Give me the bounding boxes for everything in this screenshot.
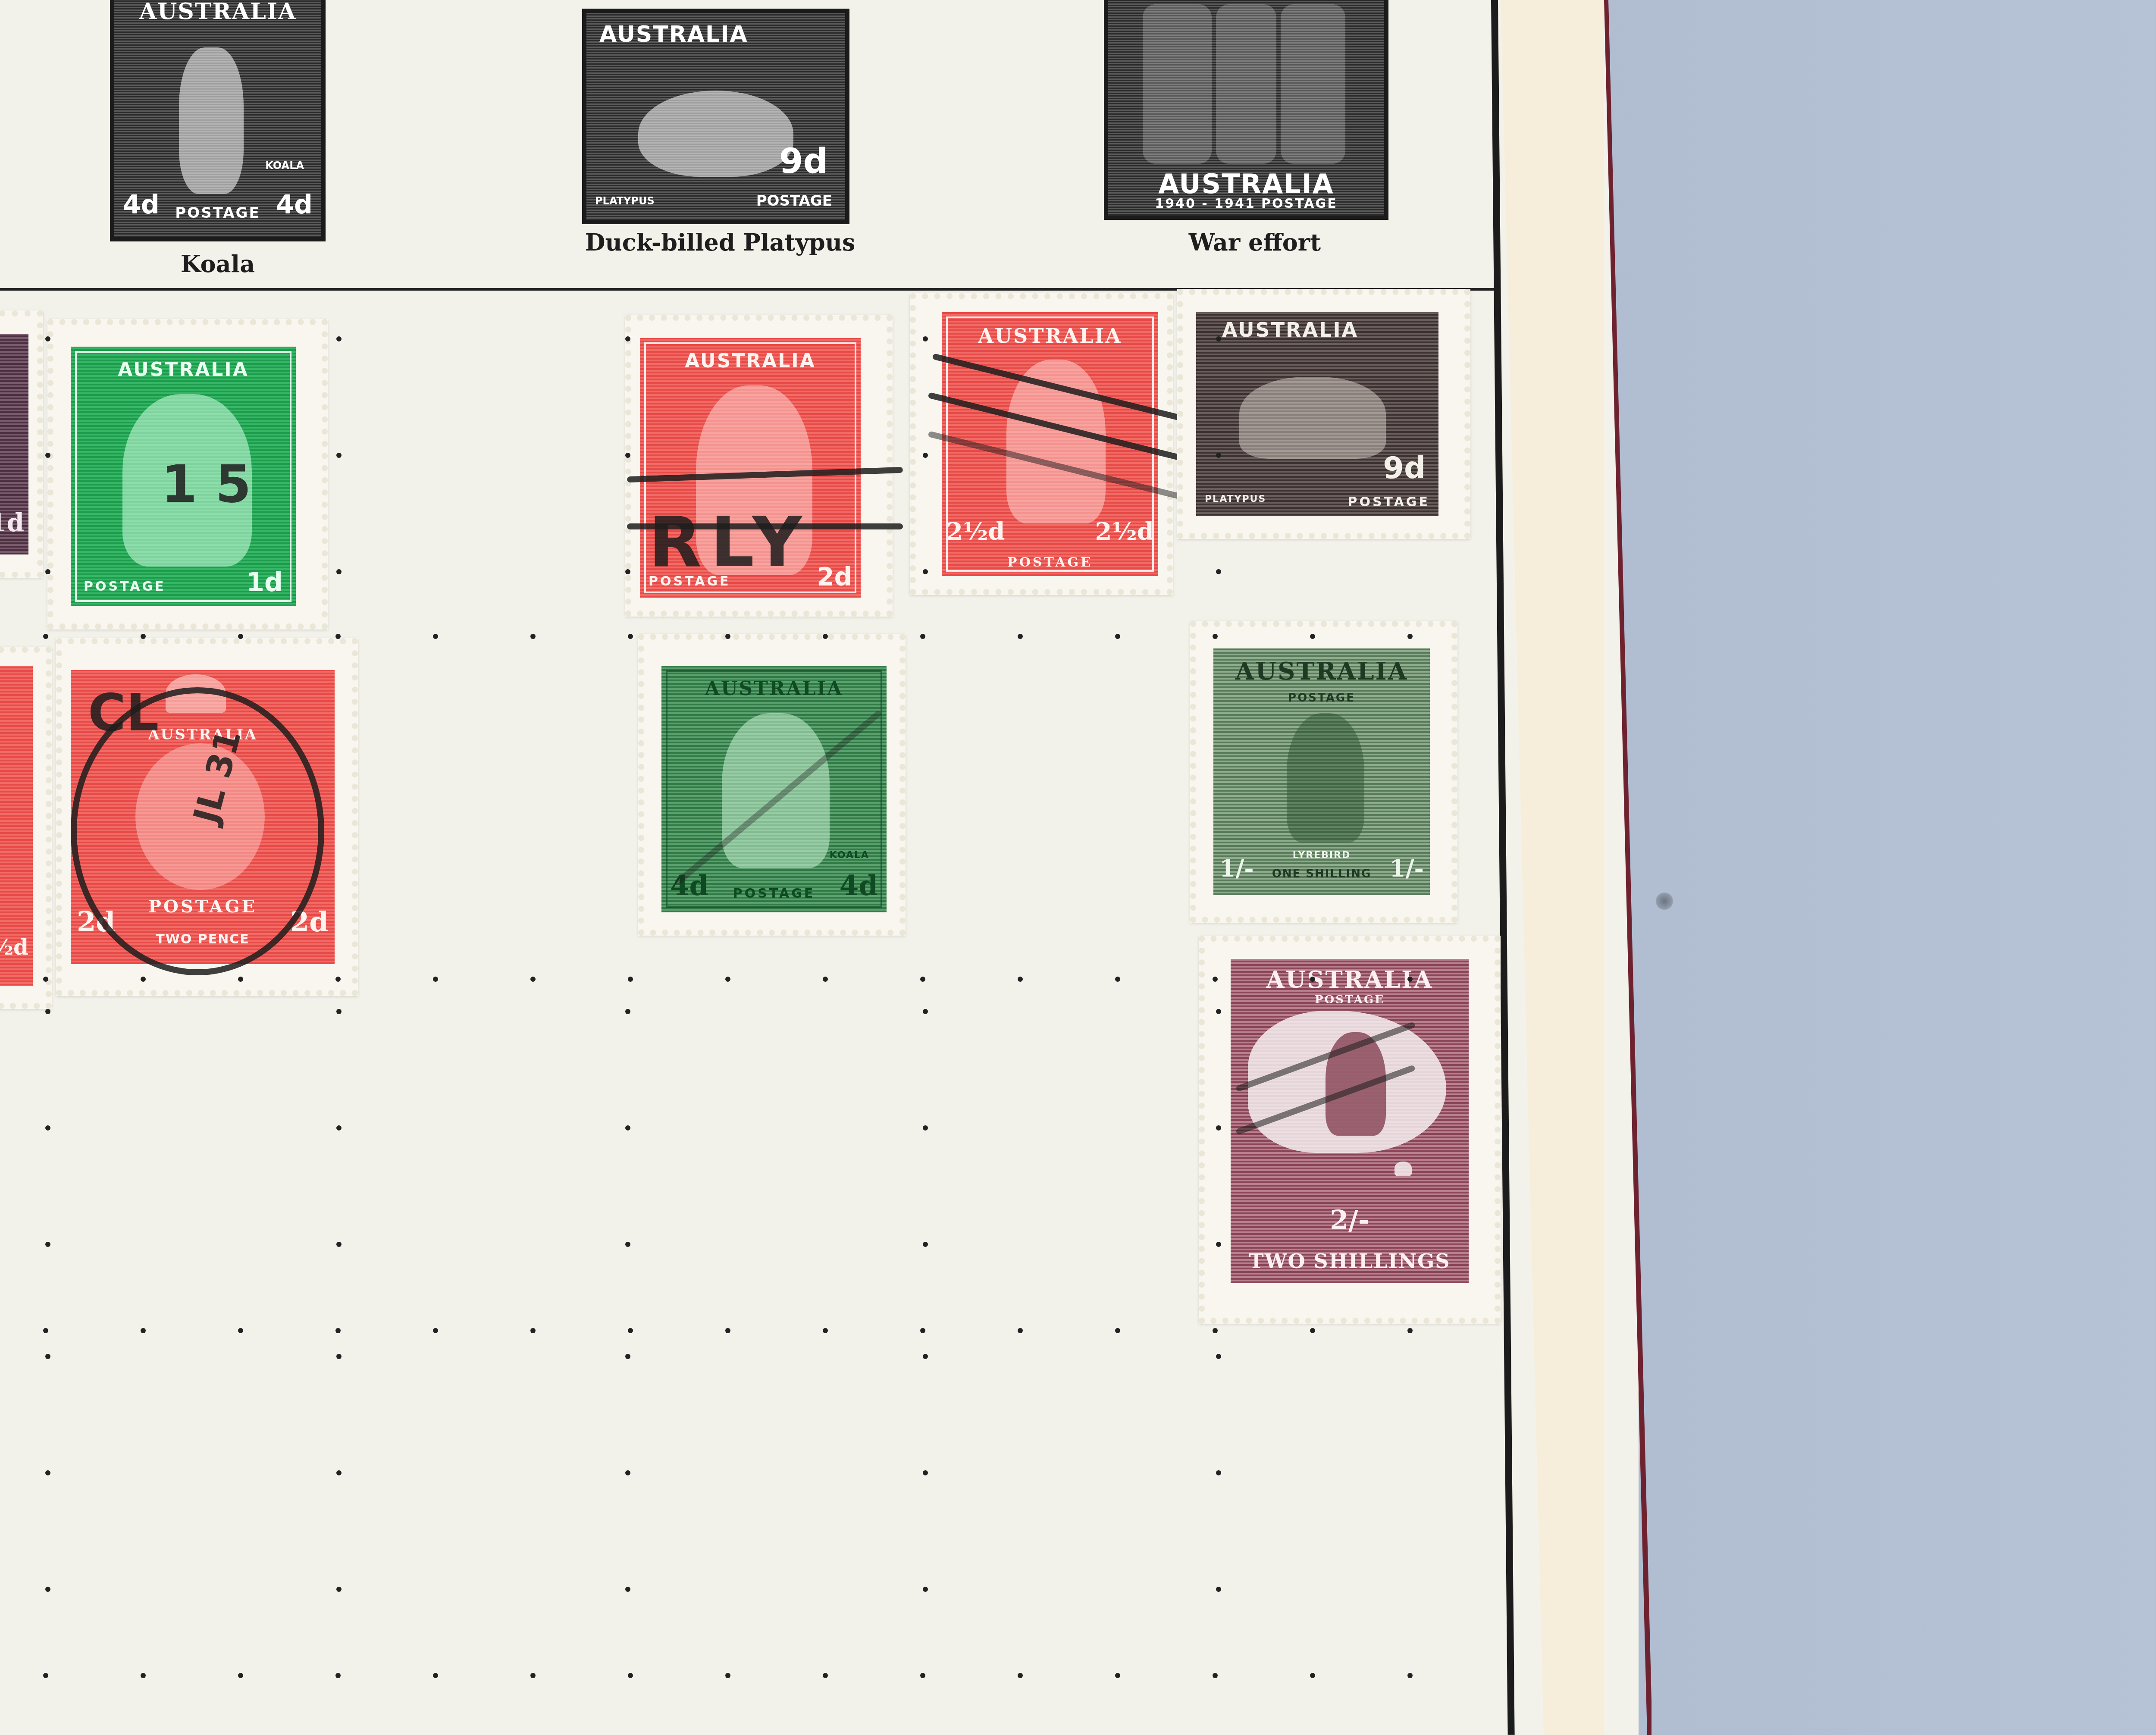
grid-dot [920,1328,925,1333]
stamp-denomination: 9d [1383,450,1426,485]
platypus-figure-icon [638,91,793,177]
stamp-sub-inscription: POSTAGE [1213,692,1430,705]
stamp-king-george-vi-2d[interactable]: AUSTRALIA POSTAGE 2d RLY [625,315,893,617]
stamp-country: AUSTRALIA [1231,966,1469,993]
postmark: CL [88,683,159,743]
tasmania-icon [1395,1162,1412,1176]
grid-dot [1216,1587,1221,1592]
grid-dot [1216,1009,1221,1014]
reference-caption: Duck-billed Platypus [573,229,867,256]
grid-dot [1018,1328,1023,1333]
grid-dot [1213,634,1218,639]
grid-dot [336,1009,342,1014]
grid-dot [823,1673,828,1678]
grid-dot [923,336,928,341]
stamp-denomination: 1d [0,508,24,537]
grid-dot [923,1587,928,1592]
grid-dot [43,977,48,982]
stamp-king-george-v-2d[interactable]: AUSTRALIA POSTAGE TWO PENCE 2d 2d CL JL … [56,638,358,996]
stamp-koala[interactable]: AUSTRALIA KOALA 4d 4d POSTAGE [638,634,906,936]
reference-denomination: 9d [779,141,828,181]
grid-dot [1407,1328,1413,1333]
stamp-face: AUSTRALIA POSTAGE LYREBIRD ONE SHILLING … [1213,648,1430,895]
grid-dot [923,1125,928,1131]
grid-dot [433,977,438,982]
grid-dot [336,453,342,458]
grid-dot [628,634,633,639]
reference-subject-label: PLATYPUS [595,195,655,207]
grid-dot [141,1328,146,1333]
grid-dot [43,1673,48,1678]
stamp-postage: POSTAGE [942,555,1158,570]
grid-dot [433,1328,438,1333]
grid-dot [336,1587,342,1592]
grid-dot [530,1673,536,1678]
grid-dot [1407,977,1413,982]
stamp-sub-inscription: POSTAGE [1231,993,1469,1006]
grid-dot [1216,569,1221,574]
grid-dot [625,1354,630,1359]
grid-dot [625,1125,630,1131]
stamp-partial-red[interactable]: ½d [0,647,52,1009]
grid-dot [1018,1673,1023,1678]
grid-dot [625,336,630,341]
reference-postage: POSTAGE [756,192,832,210]
stamp-queen-elizabeth[interactable]: AUSTRALIA POSTAGE 1d 1 5 [47,319,328,629]
grid-dot [725,977,730,982]
grid-dot [1216,1242,1221,1247]
grid-dot [923,1354,928,1359]
grid-dot [1216,1354,1221,1359]
stamp-denomination-left: 1/- [1219,855,1254,882]
grid-dot [923,1242,928,1247]
grid-dot [625,1009,630,1014]
grid-dot [335,634,341,639]
grid-dot [336,1242,342,1247]
stamp-country: AUSTRALIA [661,678,887,700]
stamp-face: AUSTRALIA KOALA 4d 4d POSTAGE [661,666,887,912]
grid-dot [43,1328,48,1333]
grid-dot [238,1328,243,1333]
grid-dot [923,1470,928,1475]
grid-dot [336,1125,342,1131]
reference-postage: POSTAGE [114,204,321,222]
grid-dot [1216,1470,1221,1475]
grid-dot [625,1470,630,1475]
stamp-partial-purple[interactable]: 1d [0,310,43,578]
grid-dot [1310,1673,1315,1678]
grid-dot [238,977,243,982]
reference-country: AUSTRALIA [1108,168,1384,200]
grid-dot [45,1354,50,1359]
grid-dot [45,569,50,574]
grid-dot [530,977,536,982]
grid-dot [1310,634,1315,639]
stamp-denomination: 2d [817,562,852,592]
stamp-face: AUSTRALIA PLATYPUS 9d POSTAGE [1196,312,1438,516]
grid-dot [335,1673,341,1678]
reference-country: AUSTRALIA [586,22,845,47]
reference-engraving: AUSTRALIA PLATYPUS 9d POSTAGE [582,9,849,224]
surface-blemish [1656,893,1673,910]
grid-dot [725,634,730,639]
koala-icon [722,713,830,868]
grid-dot [433,1673,438,1678]
grid-dot [336,569,342,574]
stamp-country: AUSTRALIA [1213,657,1430,686]
stamp-denomination: ½d [0,934,28,960]
grid-dot [45,453,50,458]
lyrebird-icon [1287,713,1364,842]
stamp-denomination: 1d [246,567,283,598]
grid-dot [238,1673,243,1678]
reference-caption: Koala [106,250,330,278]
grid-dot [920,634,925,639]
stamp-value-text: TWO SHILLINGS [1231,1250,1469,1273]
grid-dot [920,1673,925,1678]
reference-engraving: AUSTRALIA 1940 - 1941 POSTAGE [1104,0,1388,220]
grid-dot [628,1673,633,1678]
stamp-lyrebird[interactable]: AUSTRALIA POSTAGE LYREBIRD ONE SHILLING … [1190,621,1457,923]
grid-dot [1213,977,1218,982]
stamp-platypus[interactable]: AUSTRALIA PLATYPUS 9d POSTAGE [1177,289,1470,539]
stamp-country: AUSTRALIA [640,350,861,372]
grid-dot [923,569,928,574]
reference-country: AUSTRALIA [114,0,321,25]
grid-dot [1018,977,1023,982]
grid-dot [1216,453,1221,458]
stamp-subject-label: PLATYPUS [1205,494,1266,504]
stamp-subject-label: KOALA [830,850,869,861]
grid-dot [1115,634,1120,639]
grid-dot [336,336,342,341]
grid-dot [625,1242,630,1247]
grid-dot [1213,1328,1218,1333]
stamp-postage: POSTAGE [84,579,166,594]
stamp-denomination-right: 2½d [1095,517,1154,546]
grid-dot [823,1328,828,1333]
soldiers-figure-icon [1281,4,1345,164]
koala-figure-icon [179,47,244,194]
reference-koala: AUSTRALIA KOALA 4d 4d POSTAGE Koala [106,0,330,285]
platypus-icon [1239,377,1386,459]
stamp-denomination-left: 2½d [946,517,1005,546]
grid-dot [530,634,536,639]
grid-dot [923,1009,928,1014]
grid-dot [1018,634,1023,639]
grid-dot [336,1470,342,1475]
grid-dot [45,1242,50,1247]
soldiers-figure-icon [1143,4,1212,164]
stamp-country: AUSTRALIA [1196,318,1438,341]
grid-dot [1216,1125,1221,1131]
grid-dot [1407,1673,1413,1678]
grid-dot [141,977,146,982]
stamp-postage: POSTAGE [661,886,887,901]
reference-war-effort: AUSTRALIA 1940 - 1941 POSTAGE War effort [1087,0,1423,276]
grid-dot [725,1673,730,1678]
grid-dot [141,634,146,639]
grid-dot [625,453,630,458]
grid-dot [45,1470,50,1475]
reference-platypus: AUSTRALIA PLATYPUS 9d POSTAGE Duck-bille… [573,0,867,272]
grid-dot [1115,1673,1120,1678]
reference-postage: 1940 - 1941 POSTAGE [1108,196,1384,211]
reference-caption: War effort [1087,229,1423,256]
stamp-country: AUSTRALIA [71,359,296,381]
grid-dot [1310,1328,1315,1333]
grid-dot [725,1328,730,1333]
reference-subject-label: KOALA [265,160,304,172]
grid-dot [530,1328,536,1333]
grid-dot [1213,1673,1218,1678]
postmark: 1 5 [161,454,251,514]
grid-dot [625,569,630,574]
stamp-face: 1d [0,334,28,554]
grid-dot [45,1009,50,1014]
grid-dot [1115,1328,1120,1333]
grid-dot [1216,336,1221,341]
postmark: RLY [649,502,811,583]
grid-dot [433,634,438,639]
grid-dot [628,1328,633,1333]
grid-dot [625,1587,630,1592]
grid-dot [1310,977,1315,982]
stamp-denomination-right: 1/- [1389,855,1424,882]
grid-dot [823,634,828,639]
grid-dot [1115,977,1120,982]
reference-engraving: AUSTRALIA KOALA 4d 4d POSTAGE [110,0,326,241]
grid-dot [45,1587,50,1592]
stamp-postage: POSTAGE [1347,495,1430,510]
stamp-country: AUSTRALIA [942,324,1158,348]
stamp-kangaroo[interactable]: AUSTRALIA POSTAGE 2/- TWO SHILLINGS [1199,936,1501,1324]
grid-dot [141,1673,146,1678]
stamp-denomination: 2/- [1231,1204,1469,1236]
grid-dot [43,634,48,639]
grid-dot [335,977,341,982]
soldiers-figure-icon [1216,4,1276,164]
stamp-face: ½d [0,666,33,986]
grid-dot [45,1125,50,1131]
grid-dot [336,1354,342,1359]
grid-dot [238,634,243,639]
grid-dot [920,977,925,982]
stamp-king-george-vi-2-half-d[interactable]: AUSTRALIA 2½d 2½d POSTAGE [910,293,1173,595]
grid-dot [823,977,828,982]
grid-dot [923,453,928,458]
grid-dot [45,336,50,341]
grid-dot [628,977,633,982]
grid-dot [1407,634,1413,639]
grid-dot [335,1328,341,1333]
